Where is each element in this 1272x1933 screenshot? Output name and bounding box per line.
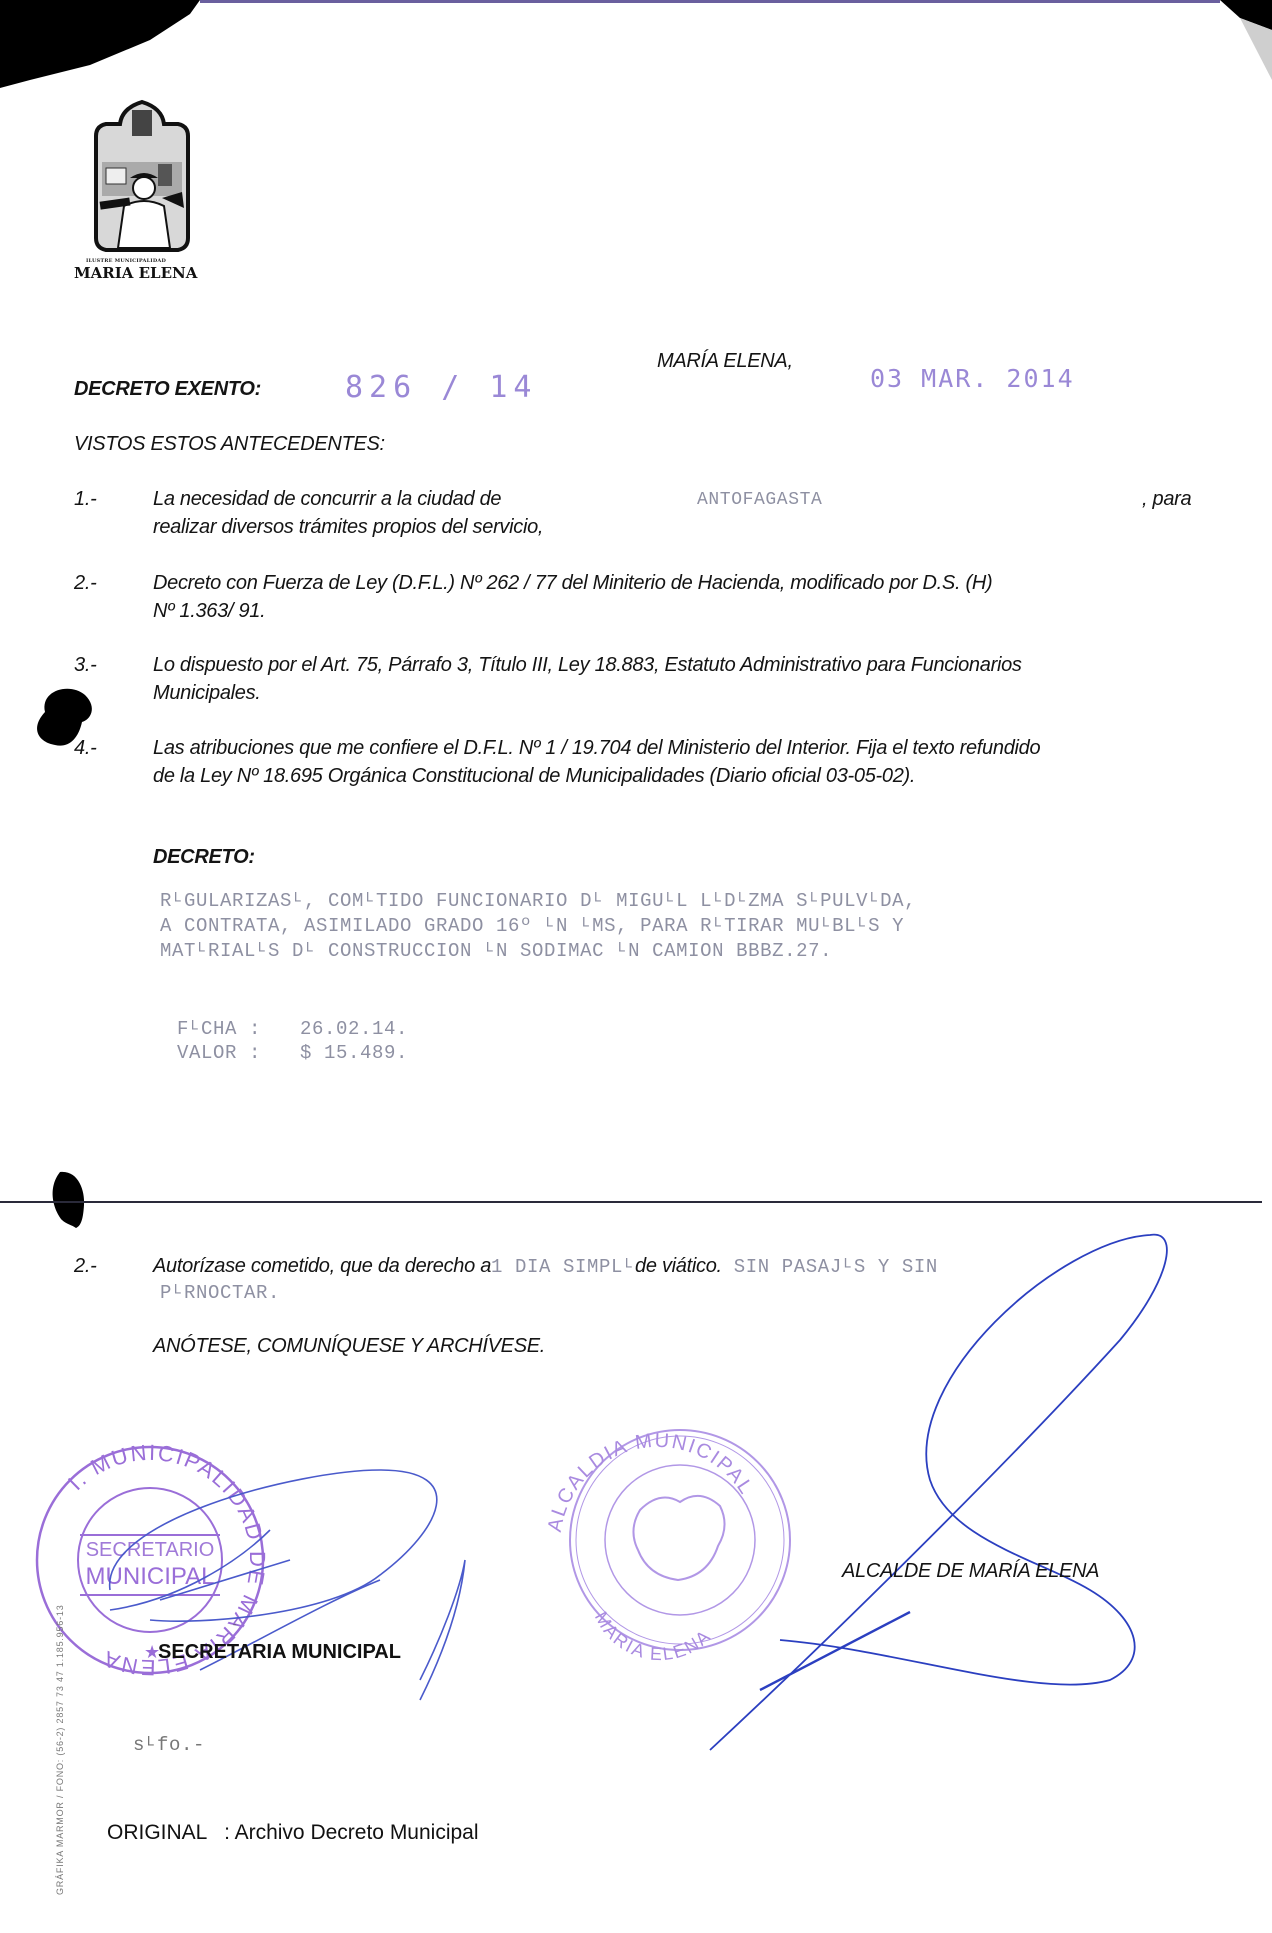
mayor-stamp-top-text: ALCALDIA MUNICIPAL [544,1430,758,1534]
secretary-stamp-line2: MUNICIPAL [86,1563,215,1590]
chilean-coat-of-arms-icon [633,1496,724,1580]
mayor-title: ALCALDE DE MARÍA ELENA [842,1560,1099,1583]
svg-text:ALCALDIA MUNICIPAL: ALCALDIA MUNICIPAL [544,1430,758,1534]
distribution-note: ORIGINAL : Archivo Decreto Municipal [107,1821,479,1845]
secretary-title: SECRETARIA MUNICIPAL [158,1641,401,1664]
svg-text:MARIA ELENA: MARIA ELENA [591,1608,715,1664]
initials: sᴸfo.- [133,1734,205,1756]
mayor-stamp-bottom-text: MARIA ELENA [591,1608,715,1664]
svg-text:ˉ: ˉ [233,1623,237,1635]
secretary-star-icon: ★ [144,1642,160,1663]
secretary-stamp-line1: SECRETARIO [86,1539,215,1561]
printer-margin-text: GRÁFIKA MARMOR / FONO: (56-2) 2857 73 47… [55,1515,65,1895]
